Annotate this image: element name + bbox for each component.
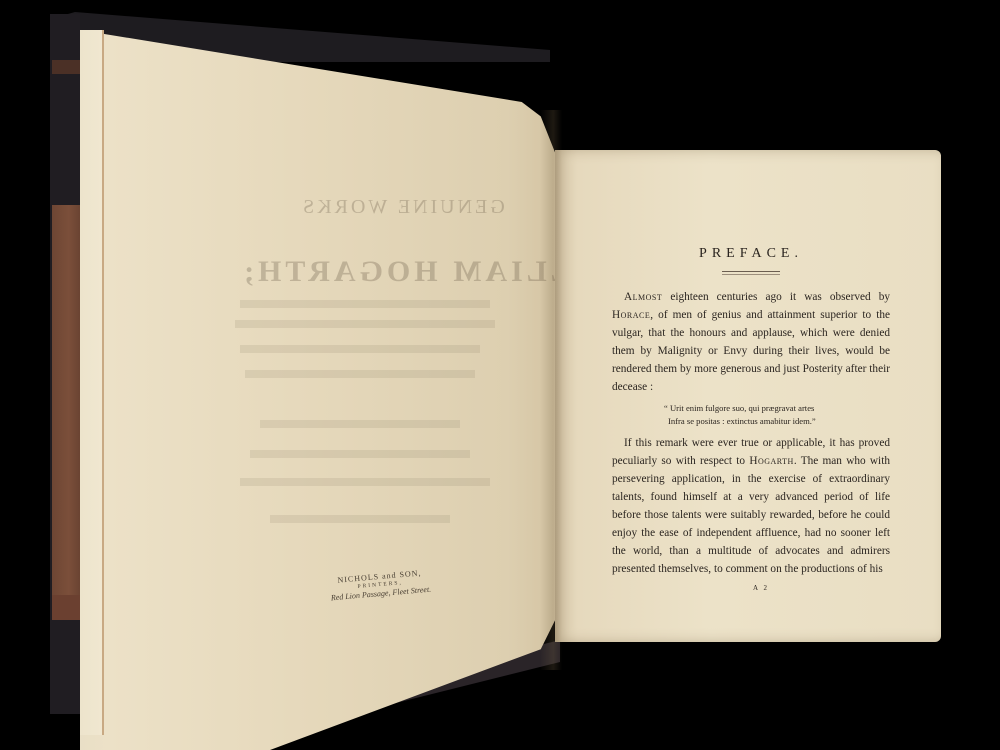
paragraph-2-text-b: . The man who with persevering applicati… bbox=[612, 455, 890, 575]
latin-quote: “ Urit enim fulgore suo, qui prægravat a… bbox=[664, 402, 890, 428]
name-horace: Horace bbox=[612, 309, 650, 321]
title-rule-divider bbox=[722, 271, 780, 275]
page-title: PREFACE. bbox=[612, 246, 890, 262]
ghost-text-band bbox=[235, 320, 495, 328]
book-photo: GENUINE WORKS WILLIAM HOGARTH; NICHOLS a… bbox=[0, 0, 1000, 750]
name-hogarth: Hogarth bbox=[749, 455, 794, 467]
quote-line-1: “ Urit enim fulgore suo, qui prægravat a… bbox=[664, 402, 890, 415]
ghost-text-band bbox=[240, 478, 490, 486]
left-page bbox=[80, 30, 555, 750]
ghost-text-band bbox=[240, 345, 480, 353]
book-gutter bbox=[540, 110, 562, 670]
spine-leather-bottom bbox=[52, 595, 80, 620]
spine-leather-panel bbox=[52, 205, 80, 605]
left-page-flyleaf-edge bbox=[80, 30, 104, 735]
quote-line-2: Infra se positas : extinctus amabitur id… bbox=[664, 415, 890, 428]
lead-small-caps: Almost bbox=[624, 291, 662, 303]
preface-text-block: PREFACE. Almost eighteen centuries ago i… bbox=[612, 230, 890, 592]
ghost-text-band bbox=[270, 515, 450, 523]
ghost-text-band bbox=[250, 450, 470, 458]
paragraph-2: If this remark were ever true or applica… bbox=[612, 434, 890, 578]
ghost-text-band bbox=[240, 300, 490, 308]
paragraph-1: Almost eighteen centuries ago it was obs… bbox=[612, 288, 890, 396]
title-page-ghost-line-1: GENUINE WORKS bbox=[300, 196, 505, 219]
paragraph-1-text-b: , of men of genius and attainment superi… bbox=[612, 309, 890, 393]
ghost-text-band bbox=[260, 420, 460, 428]
ghost-text-band bbox=[245, 370, 475, 378]
spine-leather-corner bbox=[52, 60, 80, 74]
paragraph-1-text-a: eighteen centuries ago it was observed b… bbox=[662, 291, 890, 303]
signature-mark: A 2 bbox=[632, 584, 890, 592]
